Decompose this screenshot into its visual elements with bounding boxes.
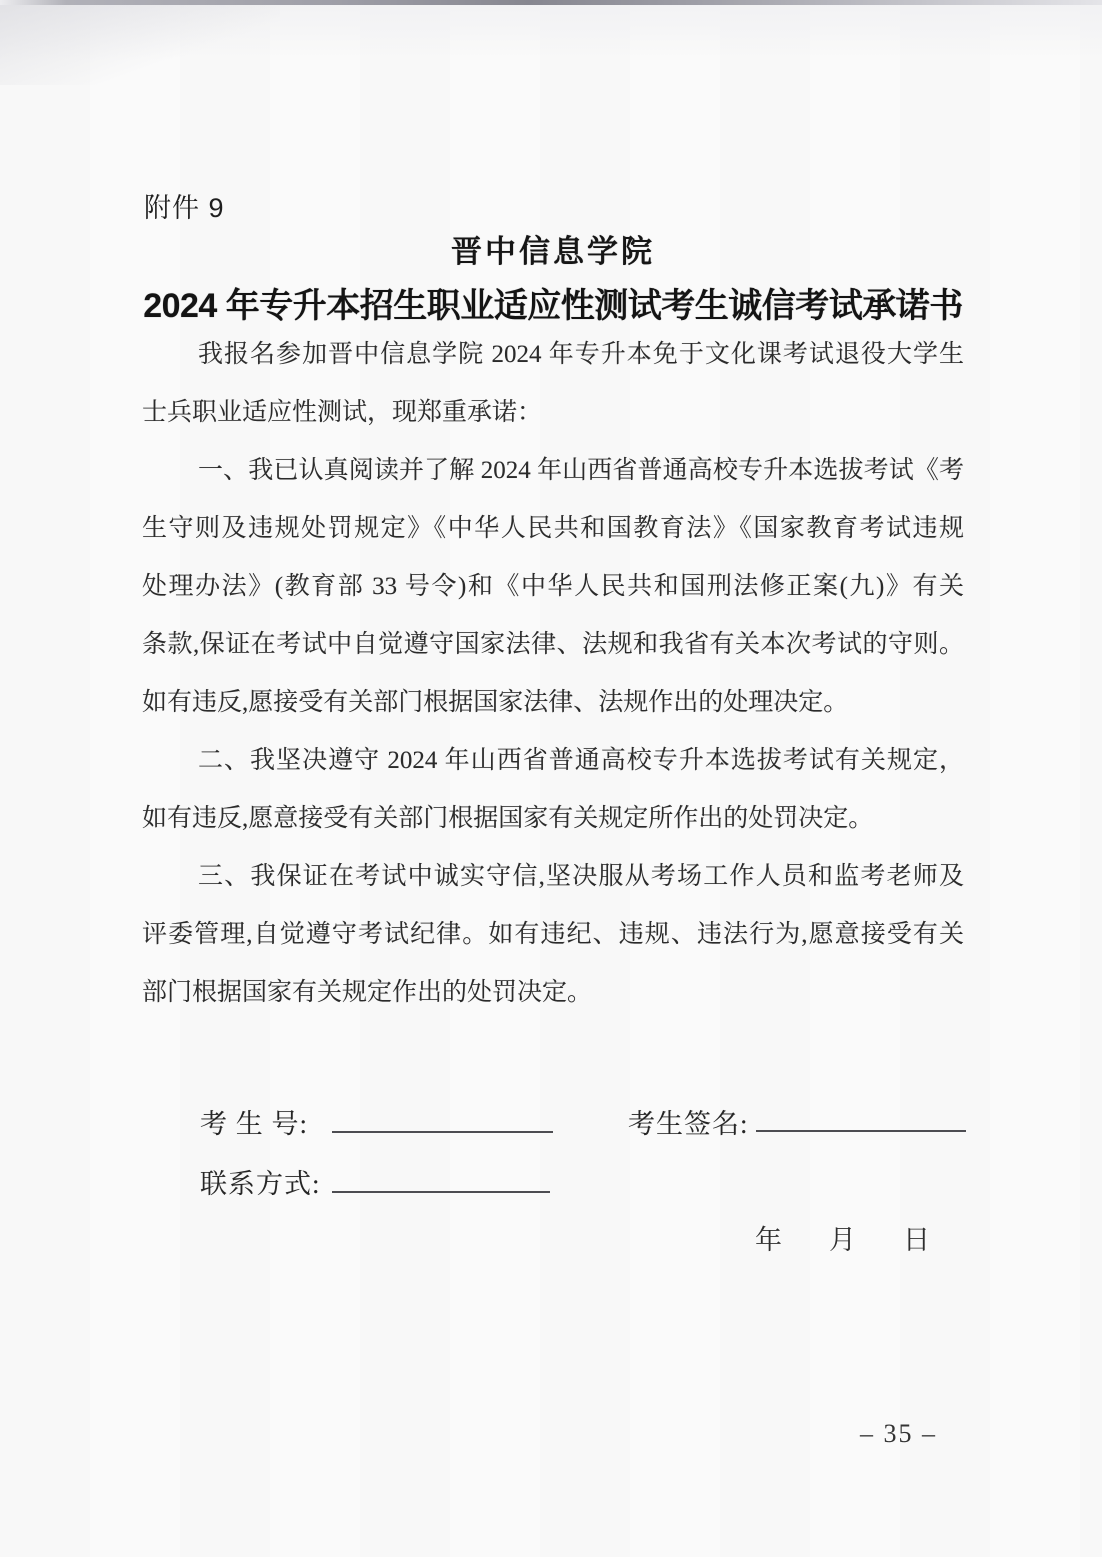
body-line: 三、我保证在考试中诚实守信,坚决服从考场工作人员和监考老师及: [142, 848, 964, 906]
body-line: 二、我坚决遵守 2024 年山西省普通高校专升本选拔考试有关规定，: [142, 732, 964, 790]
body-line: 条款,保证在考试中自觉遵守国家法律、法规和我省有关本次考试的守则。: [142, 616, 964, 674]
body-line: 如有违反,愿接受有关部门根据国家法律、法规作出的处理决定。: [142, 674, 964, 732]
candidate-number-label: 考 生 号:: [200, 1102, 308, 1141]
body-line: 一、我已认真阅读并了解 2024 年山西省普通高校专升本选拔考试《考: [142, 442, 964, 500]
body-line: 我报名参加晋中信息学院 2024 年专升本免于文化课考试退役大学生: [142, 326, 964, 384]
page-number: – 35 –: [860, 1419, 937, 1449]
signature-blank-line: [756, 1102, 966, 1132]
school-name-title: 晋中信息学院: [142, 226, 964, 271]
signature-label: 考生签名:: [628, 1102, 749, 1141]
scanner-corner-shading: [0, 5, 280, 85]
document-body: 我报名参加晋中信息学院 2024 年专升本免于文化课考试退役大学生 士兵职业适应…: [142, 326, 964, 1022]
attachment-label: 附件 9: [144, 186, 225, 225]
body-line: 处理办法》(教育部 33 号令)和《中华人民共和国刑法修正案(九)》有关: [142, 558, 964, 616]
body-line: 士兵职业适应性测试，现郑重承诺：: [142, 384, 964, 442]
date-year-label: 年: [755, 1218, 783, 1257]
date-row: 年月日: [755, 1218, 931, 1257]
contact-label: 联系方式:: [200, 1162, 321, 1201]
body-line: 评委管理,自觉遵守考试纪律。如有违纪、违规、违法行为,愿意接受有关: [142, 906, 964, 964]
body-line: 生守则及违规处罚规定》《中华人民共和国教育法》《国家教育考试违规: [142, 500, 964, 558]
body-line: 部门根据国家有关规定作出的处罚决定。: [142, 964, 964, 1022]
body-line: 如有违反,愿意接受有关部门根据国家有关规定所作出的处罚决定。: [142, 790, 964, 848]
candidate-number-blank-line: [332, 1103, 553, 1133]
document-title: 2024 年专升本招生职业适应性测试考生诚信考试承诺书: [118, 278, 988, 327]
date-month-label: 月: [829, 1218, 857, 1257]
date-day-label: 日: [903, 1218, 931, 1257]
contact-blank-line: [332, 1163, 550, 1193]
